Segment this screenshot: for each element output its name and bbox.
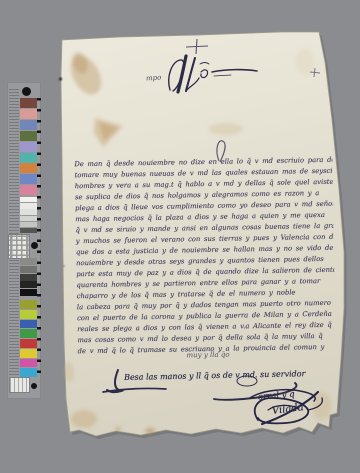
strip-registration-ticks [37,98,41,379]
calibration-patch [20,203,37,208]
calibration-patch [20,131,37,141]
calibration-patch [20,216,37,221]
calibration-patch [20,209,37,214]
calibration-patch [20,289,37,296]
docket-word: mpo [146,73,162,82]
manuscript-body: De man q̃ desde nouiembre no dize en ell… [74,155,335,357]
strip-mini-target-label [9,235,29,258]
strip-bottom-label [10,378,29,392]
calibration-patch [20,320,37,329]
calibration-patch [20,258,37,265]
calibration-patch [20,310,37,319]
registration-dot-top-icon [22,87,31,96]
calibration-patch [20,109,37,119]
calibration-patch [20,368,37,377]
calibration-patch [20,174,37,184]
calibration-patch [20,266,37,273]
calibration-patch [20,359,37,368]
registration-dot-mid-icon [31,242,38,249]
registration-dot-bottom-icon [31,383,37,389]
calibration-patch [20,120,37,130]
photograph-stage: mpo De man q̃ desde nouiembre no dize en… [0,0,360,473]
calibration-patch [20,163,37,173]
calibration-patch [20,339,37,348]
calibration-patch [20,300,37,309]
calibration-patch [20,142,37,152]
calibration-patch [20,281,37,288]
calibration-patch [20,153,37,163]
calibration-patch [20,98,37,108]
calibration-patch [20,329,37,338]
calibration-patch [20,197,37,202]
calibration-patch [20,185,37,195]
calibration-patch [20,222,37,227]
calibration-patch [20,274,37,281]
calibration-patch [20,349,37,358]
calibration-strip [8,83,40,398]
calibration-patch [20,228,37,233]
